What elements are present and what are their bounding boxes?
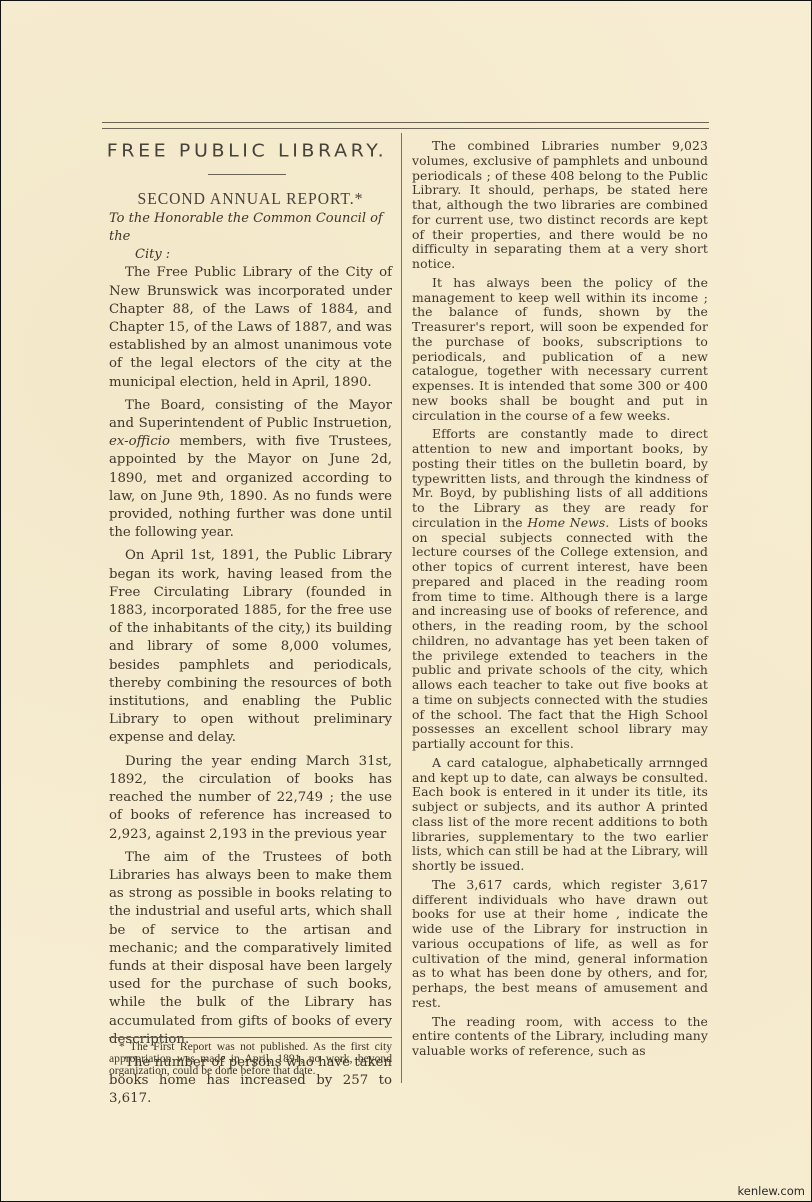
salutation-line-2: City : bbox=[109, 246, 392, 264]
paragraph: The Free Public Library of the City of N… bbox=[109, 264, 392, 391]
paragraph-text: members, with five Trustees, appointed b… bbox=[109, 434, 392, 540]
ex-officio-italic: ex-officio bbox=[109, 434, 170, 449]
paragraph: A card catalogue, alphabetically arrnnge… bbox=[412, 756, 708, 874]
paragraph: Efforts are constantly made to direct at… bbox=[412, 427, 708, 752]
paragraph: The aim of the Trustees of both Librarie… bbox=[109, 849, 392, 1049]
report-title: SECOND ANNUAL REPORT.* bbox=[116, 190, 385, 208]
masthead-rule bbox=[208, 174, 286, 175]
paragraph: The reading room, with access to the ent… bbox=[412, 1015, 708, 1059]
home-news-italic: Home News. bbox=[527, 515, 609, 530]
footnote: * The First Report was not published. As… bbox=[109, 1041, 392, 1076]
paragraph: The Board, consisting of the Mayor and S… bbox=[109, 397, 392, 543]
footnote-text: * The First Report was not published. As… bbox=[109, 1040, 392, 1077]
paragraph-text: The Board, consisting of the Mayor and S… bbox=[109, 398, 392, 431]
masthead-title: FREE PUBLIC LIBRARY. bbox=[97, 143, 397, 160]
column-divider bbox=[401, 133, 402, 1083]
paragraph: The combined Libraries number 9,023 volu… bbox=[412, 139, 708, 272]
top-rule-double bbox=[102, 128, 709, 129]
paragraph-text: Lists of books on special subjects conne… bbox=[412, 515, 708, 751]
document-page: FREE PUBLIC LIBRARY. SECOND ANNUAL REPOR… bbox=[1, 1, 811, 1201]
top-rule bbox=[102, 122, 709, 123]
left-column: FREE PUBLIC LIBRARY. SECOND ANNUAL REPOR… bbox=[109, 139, 392, 1114]
right-column: The combined Libraries number 9,023 volu… bbox=[412, 139, 708, 1063]
salutation: To the Honorable the Common Council of t… bbox=[109, 210, 392, 264]
footnote-rule bbox=[109, 1037, 392, 1038]
paragraph: It has always been the policy of the man… bbox=[412, 276, 708, 424]
paragraph: The 3,617 cards, which register 3,617 di… bbox=[412, 878, 708, 1011]
watermark: kenlew.com bbox=[738, 1184, 805, 1198]
paragraph: On April 1st, 1891, the Public Library b… bbox=[109, 547, 392, 747]
paragraph: During the year ending March 31st, 1892,… bbox=[109, 753, 392, 844]
salutation-line-1: To the Honorable the Common Council of t… bbox=[109, 211, 383, 244]
